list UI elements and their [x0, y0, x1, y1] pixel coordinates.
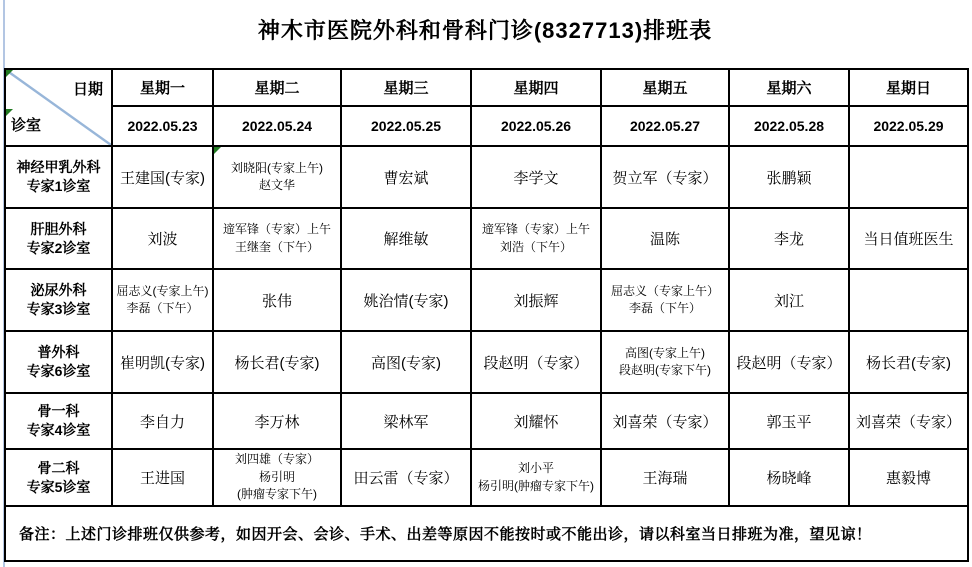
- table-row: 泌尿外科专家3诊室屈志义(专家上午)李磊（下午）张伟姚治情(专家)刘振辉屈志义（…: [5, 269, 968, 331]
- page-title: 神木市医院外科和骨科门诊(8327713)排班表: [0, 14, 970, 45]
- dept-cell[interactable]: 普外科专家6诊室: [5, 331, 112, 393]
- schedule-cell[interactable]: 田云雷（专家）: [341, 449, 471, 506]
- schedule-cell[interactable]: 当日值班医生: [849, 208, 968, 269]
- schedule-cell[interactable]: 惠毅博: [849, 449, 968, 506]
- schedule-cell[interactable]: 姚治情(专家): [341, 269, 471, 331]
- schedule-cell[interactable]: 刘耀怀: [471, 393, 601, 449]
- schedule-cell[interactable]: 杨晓峰: [729, 449, 849, 506]
- weekday-header[interactable]: 星期一: [112, 69, 213, 106]
- schedule-cell[interactable]: 屈志义(专家上午)李磊（下午）: [112, 269, 213, 331]
- corner-date-label: 日期: [73, 78, 103, 99]
- schedule-cell[interactable]: 段赵明（专家）: [729, 331, 849, 393]
- date-cell[interactable]: 2022.05.28: [729, 106, 849, 146]
- schedule-cell[interactable]: 高图(专家上午)段赵明(专家下午): [601, 331, 729, 393]
- schedule-cell[interactable]: 温陈: [601, 208, 729, 269]
- schedule-cell[interactable]: 李自力: [112, 393, 213, 449]
- note-cell[interactable]: 备注：上述门诊排班仅供参考，如因开会、会诊、手术、出差等原因不能按时或不能出诊，…: [5, 506, 968, 561]
- date-cell[interactable]: 2022.05.26: [471, 106, 601, 146]
- schedule-cell[interactable]: 遆军锋（专家）上午刘浩（下午）: [471, 208, 601, 269]
- schedule-cell[interactable]: 屈志义（专家上午）李磊（下午）: [601, 269, 729, 331]
- dept-cell[interactable]: 泌尿外科专家3诊室: [5, 269, 112, 331]
- weekday-header[interactable]: 星期日: [849, 69, 968, 106]
- table-row: 骨一科专家4诊室李自力李万林梁林军刘耀怀刘喜荣（专家）郭玉平刘喜荣（专家）: [5, 393, 968, 449]
- schedule-cell[interactable]: 张伟: [213, 269, 341, 331]
- schedule-cell[interactable]: 遆军锋（专家）上午王继奎（下午）: [213, 208, 341, 269]
- schedule-cell[interactable]: 崔明凯(专家): [112, 331, 213, 393]
- weekday-header[interactable]: 星期三: [341, 69, 471, 106]
- date-cell[interactable]: 2022.05.27: [601, 106, 729, 146]
- schedule-cell[interactable]: 解维敏: [341, 208, 471, 269]
- schedule-cell[interactable]: 李龙: [729, 208, 849, 269]
- schedule-table: 日期诊室星期一星期二星期三星期四星期五星期六星期日2022.05.232022.…: [4, 68, 969, 562]
- schedule-cell[interactable]: [849, 146, 968, 208]
- green-triangle-icon: [214, 147, 221, 154]
- schedule-cell[interactable]: 高图(专家): [341, 331, 471, 393]
- table-row: 肝胆外科专家2诊室刘波遆军锋（专家）上午王继奎（下午）解维敏遆军锋（专家）上午刘…: [5, 208, 968, 269]
- schedule-cell[interactable]: 段赵明（专家）: [471, 331, 601, 393]
- schedule-cell[interactable]: 刘振辉: [471, 269, 601, 331]
- schedule-cell[interactable]: 刘小平杨引明(肿瘤专家下午): [471, 449, 601, 506]
- date-cell[interactable]: 2022.05.24: [213, 106, 341, 146]
- dept-cell[interactable]: 肝胆外科专家2诊室: [5, 208, 112, 269]
- schedule-cell[interactable]: 李学文: [471, 146, 601, 208]
- dept-cell[interactable]: 神经甲乳外科专家1诊室: [5, 146, 112, 208]
- schedule-cell[interactable]: 贺立军（专家）: [601, 146, 729, 208]
- schedule-cell[interactable]: 王海瑞: [601, 449, 729, 506]
- weekday-header[interactable]: 星期六: [729, 69, 849, 106]
- schedule-cell[interactable]: 刘晓阳(专家上午)赵文华: [213, 146, 341, 208]
- table-row: 骨二科专家5诊室王进国刘四雄（专家）杨引明(肿瘤专家下午)田云雷（专家）刘小平杨…: [5, 449, 968, 506]
- schedule-cell[interactable]: 张鹏颖: [729, 146, 849, 208]
- spreadsheet-view: 神木市医院外科和骨科门诊(8327713)排班表 日期诊室星期一星期二星期三星期…: [0, 0, 972, 567]
- schedule-cell[interactable]: 杨长君(专家): [849, 331, 968, 393]
- schedule-cell[interactable]: 刘喜荣（专家）: [601, 393, 729, 449]
- date-cell[interactable]: 2022.05.25: [341, 106, 471, 146]
- schedule-cell[interactable]: 杨长君(专家): [213, 331, 341, 393]
- schedule-cell[interactable]: 王建国(专家): [112, 146, 213, 208]
- schedule-cell[interactable]: 梁林军: [341, 393, 471, 449]
- schedule-cell[interactable]: 郭玉平: [729, 393, 849, 449]
- date-cell[interactable]: 2022.05.29: [849, 106, 968, 146]
- schedule-cell[interactable]: 刘波: [112, 208, 213, 269]
- date-cell[interactable]: 2022.05.23: [112, 106, 213, 146]
- weekday-header[interactable]: 星期五: [601, 69, 729, 106]
- weekday-header[interactable]: 星期四: [471, 69, 601, 106]
- corner-cell[interactable]: 日期诊室: [5, 69, 112, 146]
- schedule-cell[interactable]: 李万林: [213, 393, 341, 449]
- schedule-cell[interactable]: 刘江: [729, 269, 849, 331]
- schedule-cell[interactable]: 刘喜荣（专家）: [849, 393, 968, 449]
- weekday-header[interactable]: 星期二: [213, 69, 341, 106]
- schedule-cell[interactable]: [849, 269, 968, 331]
- corner-room-label: 诊室: [11, 114, 41, 135]
- dept-cell[interactable]: 骨一科专家4诊室: [5, 393, 112, 449]
- schedule-cell[interactable]: 刘四雄（专家）杨引明(肿瘤专家下午): [213, 449, 341, 506]
- schedule-cell[interactable]: 王进国: [112, 449, 213, 506]
- table-row: 神经甲乳外科专家1诊室王建国(专家)刘晓阳(专家上午)赵文华曹宏斌李学文贺立军（…: [5, 146, 968, 208]
- table-row: 普外科专家6诊室崔明凯(专家)杨长君(专家)高图(专家)段赵明（专家）高图(专家…: [5, 331, 968, 393]
- schedule-cell[interactable]: 曹宏斌: [341, 146, 471, 208]
- green-triangle-icon: [6, 70, 13, 77]
- dept-cell[interactable]: 骨二科专家5诊室: [5, 449, 112, 506]
